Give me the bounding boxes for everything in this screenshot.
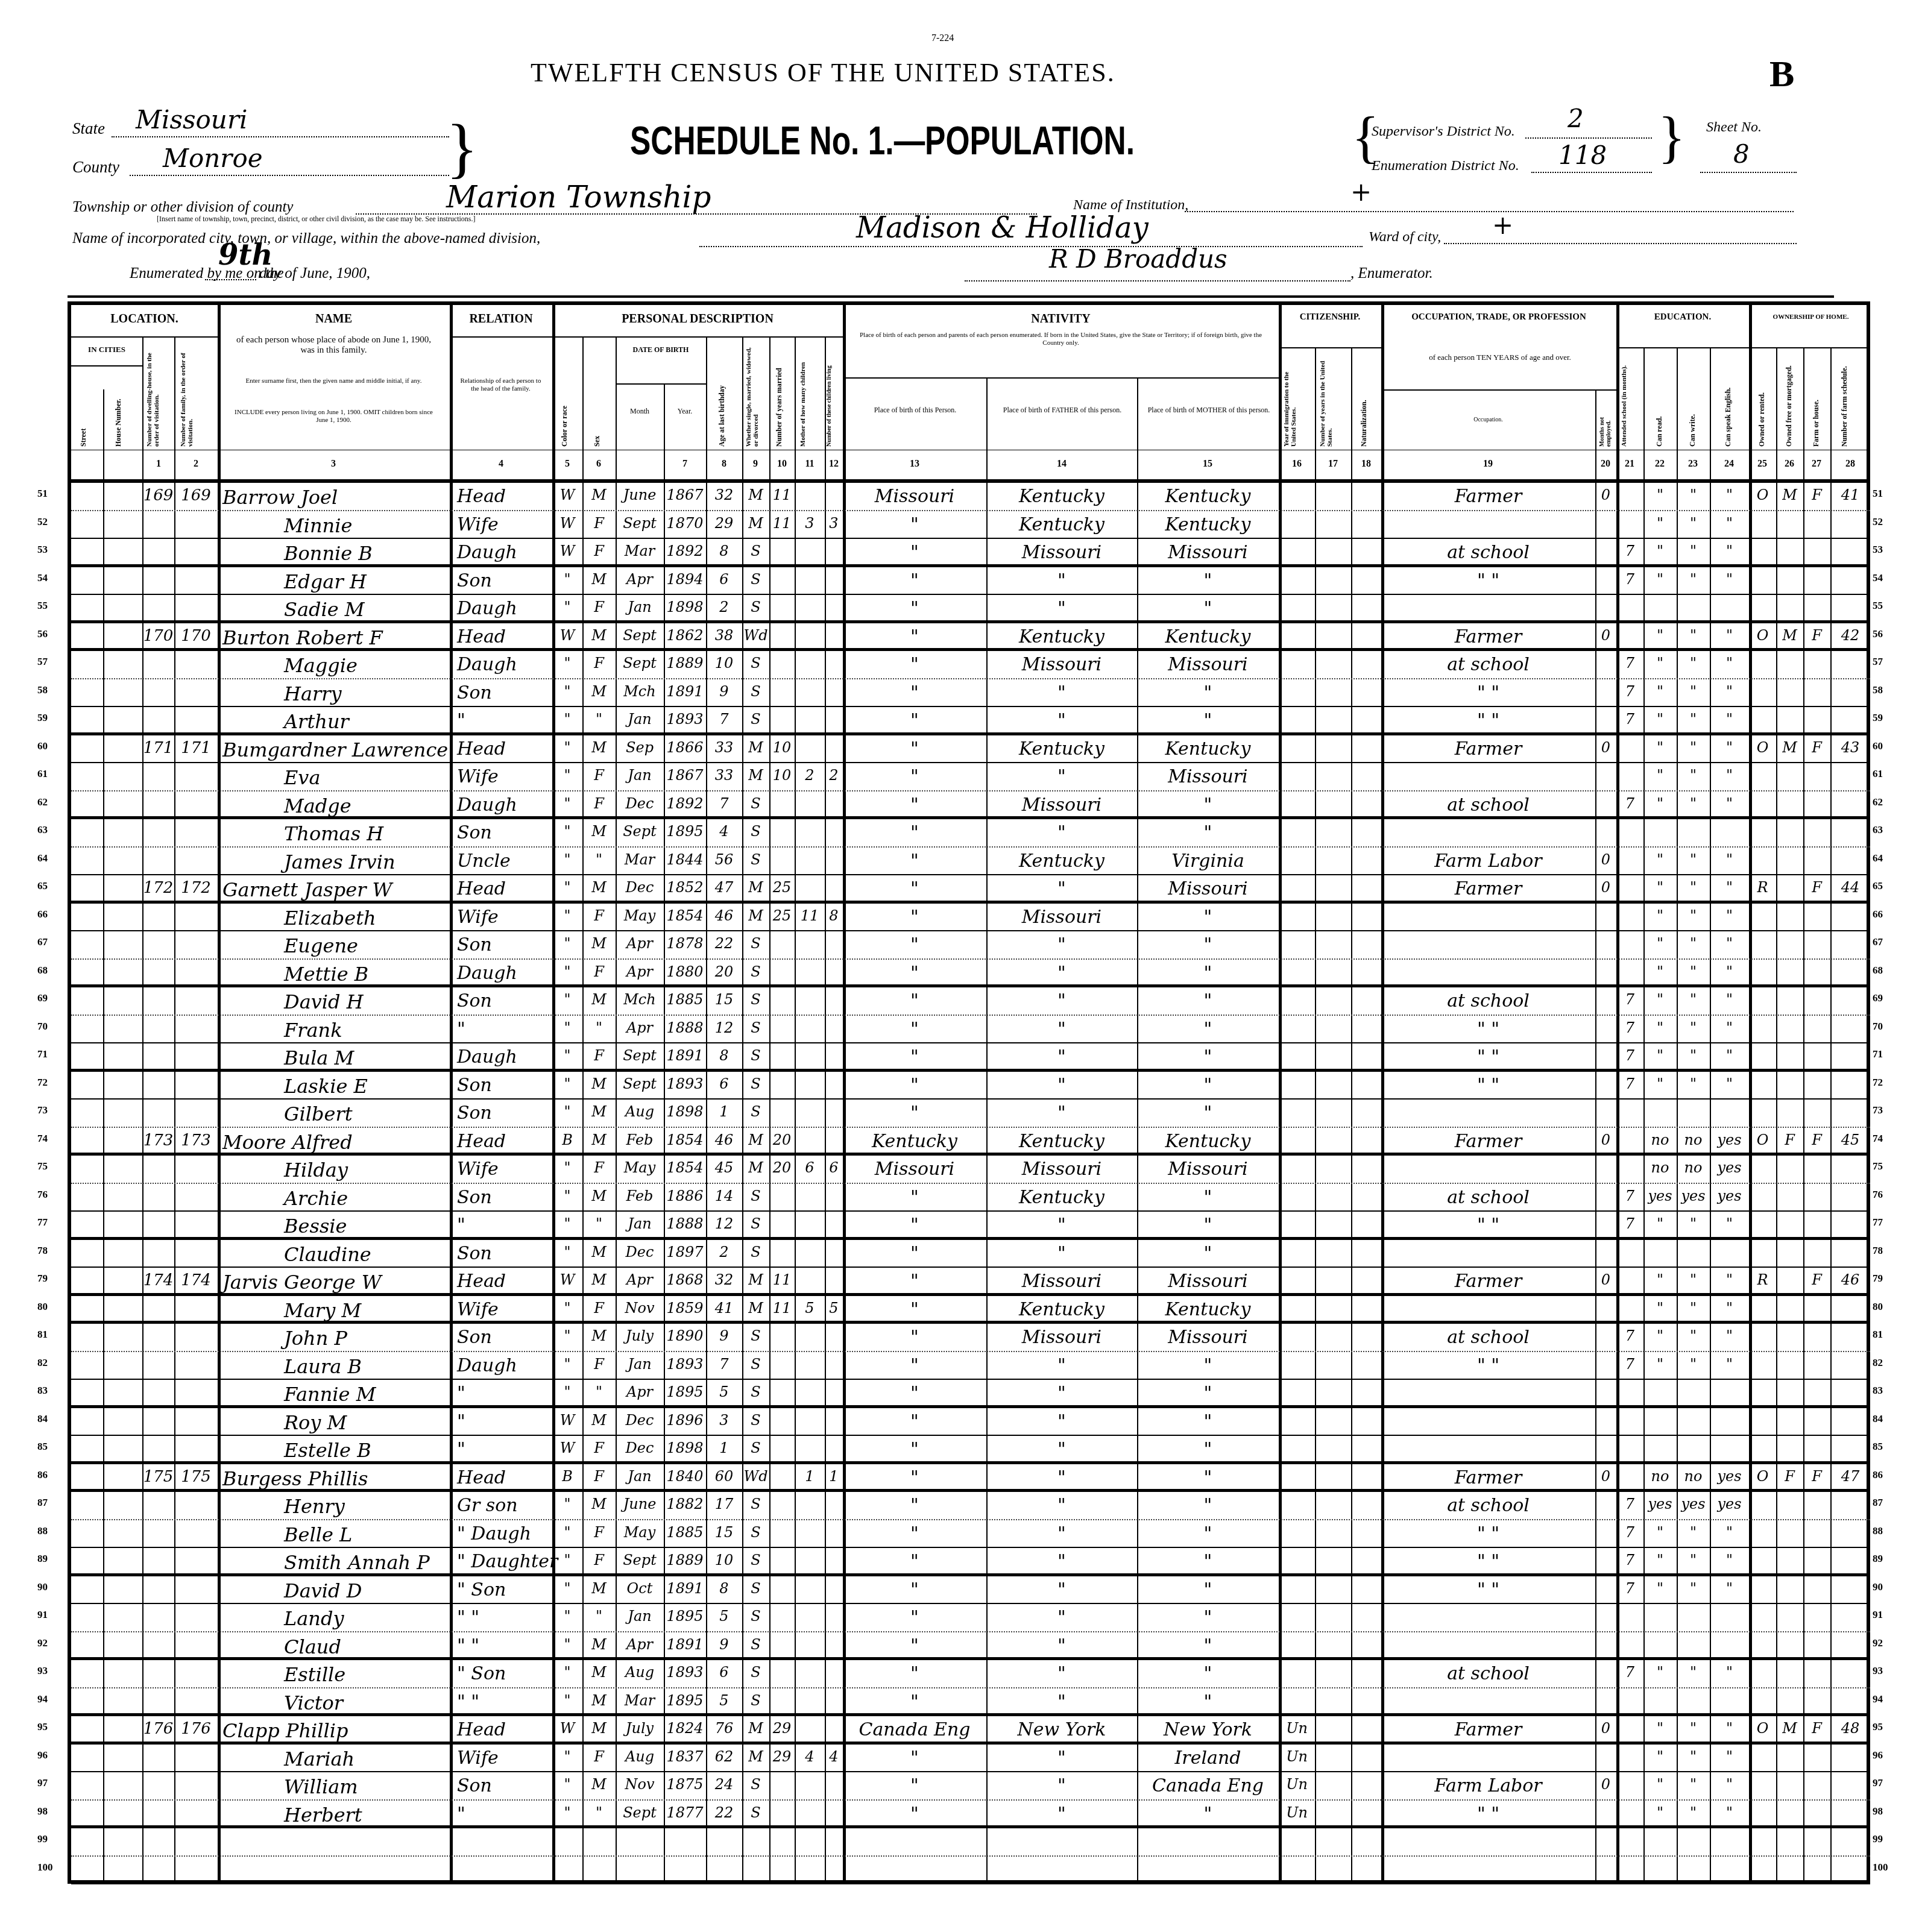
cell-pob: "	[843, 1329, 986, 1347]
cell-year: 1891	[664, 1581, 706, 1596]
cell-pob: "	[843, 1497, 986, 1515]
ownership-heading: OWNERSHIP OF HOME.	[1749, 313, 1873, 321]
cell-read: "	[1643, 1805, 1677, 1820]
cell-age: 46	[706, 1133, 742, 1147]
line-number: 52	[37, 516, 48, 528]
cell-name: Bonnie B	[218, 544, 450, 563]
line-number: 97	[37, 1777, 48, 1789]
cell-schedule: 42	[1830, 628, 1870, 643]
cell-write: "	[1677, 1553, 1710, 1567]
line-number: 71	[37, 1048, 48, 1060]
cell-pob-father: "	[986, 1441, 1137, 1459]
cell-immig: Un	[1279, 1749, 1315, 1764]
cell-age: 47	[706, 880, 742, 895]
table-row: Herbert"""Sept187722S"""Un" """"	[71, 1801, 1870, 1829]
column-number: 10	[770, 459, 794, 470]
cell-attended: 7	[1616, 1553, 1643, 1567]
line-number: 54	[1873, 572, 1883, 584]
cell-attended: 7	[1616, 572, 1643, 587]
table-row: Landy" """Jan18955S"""	[71, 1604, 1870, 1632]
cell-pob: "	[843, 628, 986, 646]
cell-marital: S	[742, 1525, 769, 1540]
cell-pob: "	[843, 1525, 986, 1543]
cell-color: W	[552, 544, 582, 558]
cell-year: 1882	[664, 1497, 706, 1511]
cell-sex: "	[582, 1385, 616, 1399]
cell-relation: Son	[450, 1245, 552, 1263]
line-number: 98	[37, 1805, 48, 1817]
age-header: Age at last birthday	[718, 353, 726, 447]
cell-pob-father: "	[986, 1245, 1137, 1263]
cell-month: Apr	[616, 1021, 664, 1035]
cell-relation: Daugh	[450, 1048, 552, 1066]
cell-schedule: 41	[1830, 488, 1870, 502]
cell-year: 1866	[664, 740, 706, 755]
cell-relation: Daugh	[450, 796, 552, 814]
cell-english: "	[1710, 712, 1749, 726]
months-unemployed-header: Months not employed.	[1599, 395, 1615, 447]
cell-age: 4	[706, 824, 742, 839]
cell-english: "	[1710, 1273, 1749, 1287]
cell-read: "	[1643, 712, 1677, 726]
occupation-header: Occupation.	[1381, 417, 1595, 424]
cell-name: Garnett Jasper W	[218, 880, 450, 899]
cell-write: "	[1677, 516, 1710, 530]
cell-mother-of: 1	[795, 1469, 825, 1484]
cell-year: 1895	[664, 1693, 706, 1708]
cell-month: Apr	[616, 1273, 664, 1287]
line-number: 86	[37, 1469, 48, 1481]
cell-year: 1885	[664, 992, 706, 1007]
cell-name: Estille	[218, 1665, 450, 1684]
cell-sex: M	[582, 572, 616, 587]
cell-marital: S	[742, 1413, 769, 1427]
cell-pob: "	[843, 600, 986, 618]
cell-write: "	[1677, 488, 1710, 502]
cell-year: 1898	[664, 1441, 706, 1455]
cell-attended: 7	[1616, 1497, 1643, 1511]
cell-month: Sept	[616, 1553, 664, 1567]
cell-read: "	[1643, 768, 1677, 782]
cell-marital: S	[742, 1665, 769, 1679]
cell-living: 2	[825, 768, 843, 782]
cell-marital: S	[742, 1805, 769, 1820]
cell-pob-father: Missouri	[986, 1329, 1137, 1347]
cell-pob-mother: "	[1137, 824, 1279, 842]
cell-month: Mar	[616, 544, 664, 558]
cell-pob-mother: "	[1137, 1104, 1279, 1122]
cell-color: "	[552, 1021, 582, 1035]
cell-marital: M	[742, 908, 769, 923]
cell-free: M	[1776, 628, 1803, 643]
rule	[616, 383, 706, 385]
cell-read: "	[1643, 544, 1677, 558]
cell-name: Bessie	[218, 1216, 450, 1236]
cell-age: 7	[706, 1357, 742, 1371]
line-number: 75	[37, 1160, 48, 1172]
cell-name: Thomas H	[218, 824, 450, 843]
cell-pob-father: Missouri	[986, 908, 1137, 927]
cell-relation: Head	[450, 628, 552, 646]
cell-sex: F	[582, 516, 616, 530]
column-number: 28	[1838, 459, 1862, 470]
cell-attended: 7	[1616, 1329, 1643, 1343]
cell-name: Claud	[218, 1637, 450, 1657]
cell-name: Barrow Joel	[218, 488, 450, 507]
cell-marital: S	[742, 1693, 769, 1708]
line-number: 93	[37, 1665, 48, 1677]
line-number: 59	[1873, 712, 1883, 724]
cell-pob-mother: "	[1137, 572, 1279, 590]
line-number: 100	[1873, 1861, 1888, 1874]
cell-pob-father: Kentucky	[986, 628, 1137, 646]
cell-sex: F	[582, 1048, 616, 1063]
table-row: EvaWife"FJan186733M1022""Missouri"""	[71, 763, 1870, 791]
line-number: 65	[1873, 880, 1883, 892]
line-number: 59	[37, 712, 48, 724]
column-number: 13	[903, 459, 927, 470]
cell-marital: Wd	[742, 628, 769, 643]
cell-month: Mch	[616, 684, 664, 699]
cell-color: "	[552, 1665, 582, 1679]
cell-relation: Head	[450, 1273, 552, 1291]
cell-age: 2	[706, 600, 742, 614]
cell-age: 15	[706, 1525, 742, 1540]
in-cities-heading: IN CITIES	[71, 345, 142, 354]
enumerated-day-field: 9th	[205, 256, 256, 280]
cell-year: 1891	[664, 1048, 706, 1063]
cell-yrs-married: 25	[769, 908, 795, 923]
cell-color: "	[552, 1525, 582, 1540]
line-number: 74	[1873, 1133, 1883, 1145]
cell-age: 7	[706, 712, 742, 726]
cell-name: Archie	[218, 1189, 450, 1208]
cell-sex: F	[582, 656, 616, 670]
cell-year: 1854	[664, 908, 706, 923]
cell-pob-mother: "	[1137, 1553, 1279, 1571]
cell-pob: "	[843, 908, 986, 927]
line-number: 89	[1873, 1553, 1883, 1565]
cell-pob: "	[843, 992, 986, 1010]
cell-occupation: " "	[1381, 572, 1595, 590]
cell-read: "	[1643, 1021, 1677, 1035]
table-row: 175175Burgess PhillisHeadBFJan184060Wd11…	[71, 1464, 1870, 1493]
cell-age: 1	[706, 1104, 742, 1119]
cell-color: "	[552, 936, 582, 951]
cell-sex: M	[582, 628, 616, 643]
cell-relation: Gr son	[450, 1497, 552, 1515]
cell-dwelling: 172	[142, 880, 174, 896]
cell-marital: S	[742, 1245, 769, 1259]
cell-english: "	[1710, 964, 1749, 979]
cell-pob: Canada Eng	[843, 1721, 986, 1739]
cell-relation: " Daughter	[450, 1553, 552, 1571]
cell-name: Sadie M	[218, 600, 450, 619]
cell-occupation: " "	[1381, 684, 1595, 702]
cell-attended: 7	[1616, 1665, 1643, 1679]
column-number: 20	[1593, 459, 1618, 470]
cell-marital: S	[742, 544, 769, 558]
cell-farm: F	[1803, 488, 1830, 502]
cell-month: Dec	[616, 880, 664, 895]
cell-schedule: 47	[1830, 1469, 1870, 1484]
cell-write: no	[1677, 1160, 1710, 1175]
cell-relation: Son	[450, 572, 552, 590]
cell-marital: S	[742, 1441, 769, 1455]
cell-pob-mother: Missouri	[1137, 1329, 1279, 1347]
cell-color: "	[552, 1693, 582, 1708]
cell-year: 1837	[664, 1749, 706, 1764]
cell-mother-of: 5	[795, 1301, 825, 1315]
cell-sex: M	[582, 1413, 616, 1427]
cell-pob: "	[843, 684, 986, 702]
cell-dwelling: 175	[142, 1469, 174, 1485]
cell-marital: S	[742, 1385, 769, 1399]
column-number: 27	[1804, 459, 1829, 470]
cell-age: 46	[706, 908, 742, 923]
cell-name: Mettie B	[218, 964, 450, 984]
sheet-field: 8	[1700, 148, 1797, 173]
cell-english: "	[1710, 1357, 1749, 1371]
cell-write: "	[1677, 796, 1710, 811]
cell-pob-mother: "	[1137, 908, 1279, 927]
cell-pob-father: "	[986, 992, 1137, 1010]
enumerated-suffix: day of June, 1900,	[259, 265, 370, 282]
cell-pob-mother: "	[1137, 684, 1279, 702]
cell-write: "	[1677, 768, 1710, 782]
cell-pob: "	[843, 516, 986, 534]
cell-month: Jan	[616, 1357, 664, 1371]
line-number: 72	[1873, 1077, 1883, 1089]
table-row: Edgar HSon"MApr18946S"""" "7"""	[71, 567, 1870, 596]
cell-write: "	[1677, 1721, 1710, 1735]
cell-marital: M	[742, 768, 769, 782]
cell-sex: "	[582, 852, 616, 867]
cell-relation: Head	[450, 1133, 552, 1151]
cell-relation: Son	[450, 1329, 552, 1347]
cell-month: Apr	[616, 1637, 664, 1652]
cell-write: "	[1677, 908, 1710, 923]
table-row: 169169Barrow JoelHeadWMJune186732M11Miss…	[71, 483, 1870, 511]
cell-name: Clapp Phillip	[218, 1721, 450, 1740]
line-number: 94	[1873, 1693, 1883, 1705]
cell-free: M	[1776, 1721, 1803, 1735]
cell-pob-mother: "	[1137, 1637, 1279, 1655]
cell-dwelling: 173	[142, 1133, 174, 1148]
cell-pob-father: Kentucky	[986, 1133, 1137, 1151]
cell-relation: "	[450, 712, 552, 730]
cell-occupation: " "	[1381, 712, 1595, 730]
table-row: MariahWife"FAug183762M2944""IrelandUn"""	[71, 1745, 1870, 1773]
cell-age: 33	[706, 740, 742, 755]
institution-value: +	[1350, 177, 1372, 207]
cell-relation: "	[450, 1216, 552, 1235]
cell-sex: M	[582, 936, 616, 951]
cell-pob-father: "	[986, 1469, 1137, 1487]
cell-read: "	[1643, 1749, 1677, 1764]
cell-pob-mother: "	[1137, 1665, 1279, 1683]
cell-relation: Daugh	[450, 656, 552, 674]
table-row: HildayWife"FMay185445M2066MissouriMissou…	[71, 1156, 1870, 1184]
cell-pob-mother: "	[1137, 1609, 1279, 1627]
cell-color: "	[552, 600, 582, 614]
cell-english: "	[1710, 1805, 1749, 1820]
cell-pob-mother: "	[1137, 1357, 1279, 1375]
line-number: 77	[37, 1216, 48, 1229]
cell-attended: 7	[1616, 1216, 1643, 1231]
family-header: Number of family, in the order of visita…	[180, 341, 206, 447]
line-number: 60	[37, 740, 48, 752]
cell-age: 20	[706, 964, 742, 979]
cell-attended: 7	[1616, 712, 1643, 726]
cell-color: "	[552, 656, 582, 670]
rule	[1279, 347, 1381, 348]
cell-month: Feb	[616, 1133, 664, 1147]
cell-year: 1859	[664, 1301, 706, 1315]
cell-occupation: Farmer	[1381, 1721, 1595, 1739]
cell-year: 1868	[664, 1273, 706, 1287]
cell-month: May	[616, 1525, 664, 1540]
cell-pob: "	[843, 824, 986, 842]
line-number: 90	[1873, 1581, 1883, 1593]
cell-month: Sept	[616, 824, 664, 839]
cell-year: 1891	[664, 1637, 706, 1652]
cell-year: 1824	[664, 1721, 706, 1735]
cell-pob-father: "	[986, 1665, 1137, 1683]
cell-relation: Son	[450, 1104, 552, 1122]
line-number: 66	[1873, 908, 1883, 920]
cell-age: 7	[706, 796, 742, 811]
cell-color: "	[552, 1497, 582, 1511]
cell-year: 1877	[664, 1805, 706, 1820]
cell-relation: Son	[450, 992, 552, 1010]
cell-age: 32	[706, 1273, 742, 1287]
cell-relation: Head	[450, 1469, 552, 1487]
cell-year: 1897	[664, 1245, 706, 1259]
cell-name: Harry	[218, 684, 450, 703]
cell-sex: M	[582, 1581, 616, 1596]
cell-yrs-married: 10	[769, 740, 795, 755]
line-number: 96	[37, 1749, 48, 1761]
line-number: 95	[37, 1721, 48, 1733]
cell-pob-mother: "	[1137, 796, 1279, 814]
cell-pob-father: Kentucky	[986, 516, 1137, 534]
column-number: 23	[1681, 459, 1705, 470]
column-number: 25	[1750, 459, 1774, 470]
ward-label: Ward of city,	[1369, 229, 1441, 245]
cell-pob-father: "	[986, 1637, 1137, 1655]
house-number-header: House Number.	[115, 371, 122, 447]
cell-sex: M	[582, 1497, 616, 1511]
line-number: 55	[1873, 600, 1883, 612]
cell-age: 22	[706, 936, 742, 951]
cell-pob-mother: Missouri	[1137, 544, 1279, 562]
cell-family: 169	[174, 488, 218, 503]
cell-month: Jan	[616, 600, 664, 614]
cell-color: "	[552, 1301, 582, 1315]
cell-english: "	[1710, 1721, 1749, 1735]
nativity-desc: Place of birth of each person and parent…	[849, 332, 1273, 347]
cell-pob: "	[843, 852, 986, 870]
table-row	[71, 1828, 1870, 1857]
cell-name: Eugene	[218, 936, 450, 955]
cell-pob: "	[843, 1077, 986, 1095]
cell-pob-father: "	[986, 936, 1137, 954]
cell-pob-father: "	[986, 600, 1137, 618]
cell-pob-father: "	[986, 880, 1137, 898]
cell-pob: "	[843, 1021, 986, 1039]
cell-month: July	[616, 1329, 664, 1343]
cell-relation: Head	[450, 1721, 552, 1739]
line-number: 91	[1873, 1609, 1883, 1621]
cell-occupation: at school	[1381, 1329, 1595, 1347]
cell-pob-father: "	[986, 1048, 1137, 1066]
table-row: 171171Bumgardner LawrenceHead"MSep186633…	[71, 735, 1870, 764]
cell-pob-mother: "	[1137, 992, 1279, 1010]
cell-relation: Son	[450, 936, 552, 954]
cell-english: "	[1710, 1553, 1749, 1567]
line-number: 54	[37, 572, 48, 584]
line-number: 81	[37, 1329, 48, 1341]
cell-pob: "	[843, 544, 986, 562]
cell-pob-mother: "	[1137, 1525, 1279, 1543]
cell-relation: Wife	[450, 1301, 552, 1319]
cell-pob-father: "	[986, 1077, 1137, 1095]
cell-unemployed: 0	[1595, 740, 1616, 755]
cell-month: Sept	[616, 516, 664, 530]
sheet-value: 8	[1733, 139, 1750, 169]
cell-age: 8	[706, 544, 742, 558]
cell-occupation: " "	[1381, 1216, 1595, 1235]
cell-month: Sept	[616, 1805, 664, 1820]
line-number: 60	[1873, 740, 1883, 752]
line-number: 57	[37, 656, 48, 668]
cell-name: Herbert	[218, 1805, 450, 1825]
rule	[1381, 389, 1616, 391]
cell-age: 12	[706, 1216, 742, 1231]
cell-name: Mary M	[218, 1301, 450, 1320]
cell-pob: "	[843, 1637, 986, 1655]
cell-pob-father: "	[986, 1357, 1137, 1375]
cell-year: 1893	[664, 712, 706, 726]
cell-pob: "	[843, 1048, 986, 1066]
cell-write: no	[1677, 1133, 1710, 1147]
pob-father-header: Place of birth of FATHER of this person.	[992, 406, 1132, 415]
cell-pob-mother: Kentucky	[1137, 488, 1279, 506]
cell-pob-mother: Missouri	[1137, 1273, 1279, 1291]
cell-write: "	[1677, 544, 1710, 558]
enumerator-field: R D Broaddus	[965, 256, 1350, 282]
cell-read: "	[1643, 964, 1677, 979]
table-row: 174174Jarvis George WHeadWMApr186832M11"…	[71, 1268, 1870, 1296]
cell-dwelling: 176	[142, 1721, 174, 1737]
cell-write: "	[1677, 712, 1710, 726]
column-number: 12	[822, 459, 846, 470]
name-desc-3: INCLUDE every person living on June 1, 1…	[230, 409, 438, 424]
column-number: 17	[1321, 459, 1345, 470]
cell-month: Sept	[616, 628, 664, 643]
line-number: 57	[1873, 656, 1883, 668]
cell-farm: F	[1803, 880, 1830, 895]
city-label: Name of incorporated city, town, or vill…	[72, 230, 540, 247]
table-row	[71, 1857, 1870, 1885]
cell-pob-father: "	[986, 1104, 1137, 1122]
column-number: 18	[1354, 459, 1378, 470]
line-number: 66	[37, 908, 48, 920]
cell-occupation: " "	[1381, 1553, 1595, 1571]
cell-relation: "	[450, 1441, 552, 1459]
owned-rented-header: Owned or rented.	[1758, 371, 1766, 447]
